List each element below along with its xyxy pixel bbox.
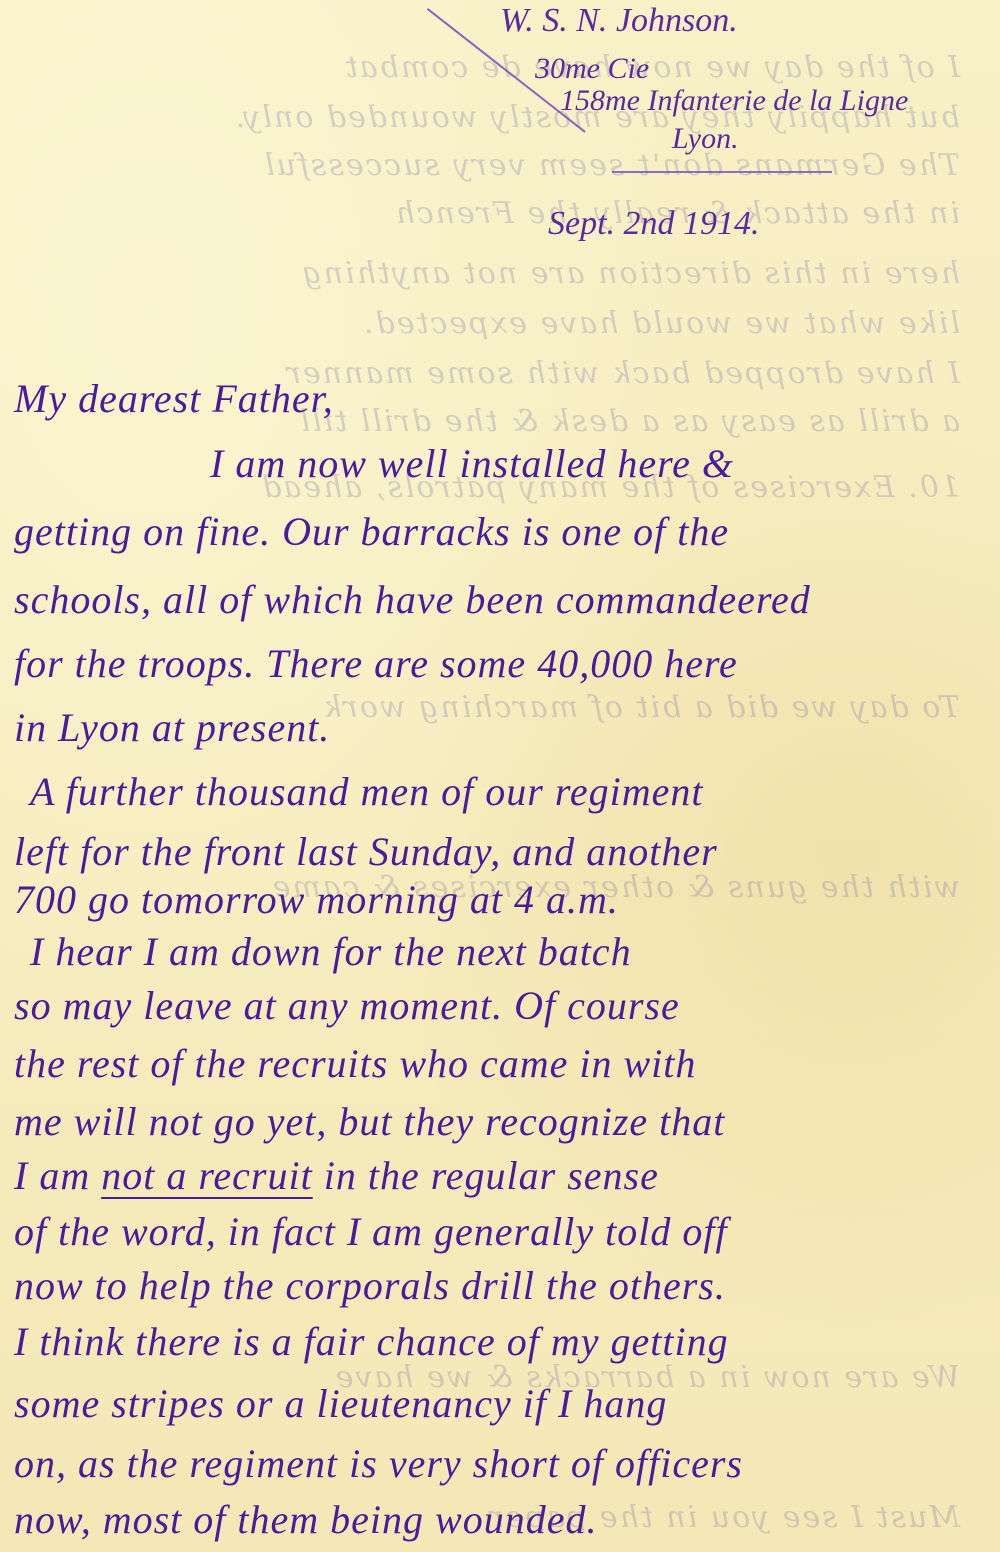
letter-page: I of the day we now have de combat but h… <box>0 0 1000 1552</box>
letter-line: I hear I am down for the next batch <box>30 928 632 975</box>
regiment: 158me Infanterie de la Ligne <box>560 84 908 118</box>
letter-line: me will not go yet, but they recognize t… <box>14 1098 725 1145</box>
letter-line: I am now well installed here & <box>210 440 734 487</box>
bleed-line: like what we would have expected. <box>362 306 960 341</box>
letter-line: now to help the corporals drill the othe… <box>14 1262 726 1309</box>
underlined-phrase: not a recruit <box>101 1153 313 1198</box>
letter-line: some stripes or a lieutenancy if I hang <box>14 1380 667 1427</box>
letter-line: so may leave at any moment. Of course <box>14 982 680 1029</box>
bleed-line: I of the day we now have de combat <box>344 50 960 85</box>
company: 30me Cie <box>535 52 649 86</box>
letter-line: of the word, in fact I am generally told… <box>14 1208 728 1255</box>
bleed-line: To day we did a bit of marching work <box>321 690 960 725</box>
letter-line: in Lyon at present. <box>14 704 330 751</box>
letter-date: Sept. 2nd 1914. <box>548 205 760 243</box>
letter-line: the rest of the recruits who came in wit… <box>14 1040 696 1087</box>
letter-line: schools, all of which have been commande… <box>14 576 811 623</box>
letter-line: I think there is a fair chance of my get… <box>14 1318 729 1365</box>
bleed-line: a drill as easy as a desk & the drill ti… <box>298 404 960 439</box>
letter-line: on, as the regiment is very short of off… <box>14 1440 743 1487</box>
sender-name: W. S. N. Johnson. <box>500 2 738 40</box>
letter-line: getting on fine. Our barracks is one of … <box>14 508 729 555</box>
line-suffix: in the regular sense <box>313 1153 659 1198</box>
letter-line: A further thousand men of our regiment <box>30 768 704 815</box>
letter-line: for the troops. There are some 40,000 he… <box>14 640 738 687</box>
letter-line: I am not a recruit in the regular sense <box>14 1152 659 1199</box>
header-rule <box>612 171 832 173</box>
line-prefix: I am <box>14 1153 101 1198</box>
letter-line: now, most of them being wounded. <box>14 1496 597 1543</box>
letter-line: 700 go tomorrow morning at 4 a.m. <box>14 876 619 923</box>
bleed-line: I have dropped back with some manner <box>285 356 960 391</box>
bleed-line: here in this direction are not anything <box>301 256 960 291</box>
city: Lyon. <box>672 122 739 156</box>
salutation: My dearest Father, <box>14 375 334 422</box>
bleed-line: The Germans don't seem very successful <box>263 148 960 183</box>
letter-line: left for the front last Sunday, and anot… <box>14 828 718 875</box>
